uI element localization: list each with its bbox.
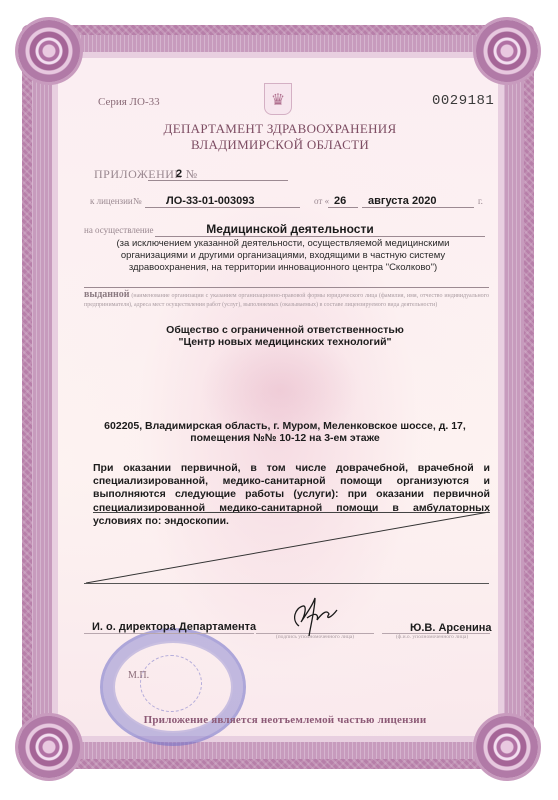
appendix-number: 2: [176, 168, 182, 180]
license-appendix-sheet: ♛ Серия ЛО-33 0029181 ДЕПАРТАМЕНТ ЗДРАВО…: [0, 0, 558, 800]
date-day: 26: [334, 195, 346, 207]
date-prefix: от «: [314, 196, 329, 206]
signatory-position: И. о. директора Департамента: [92, 621, 256, 633]
date-day-line: [328, 207, 358, 208]
address-line-2: помещения №№ 10-12 на 3-ем этаже: [100, 432, 470, 444]
cancellation-bottom-line: [84, 583, 489, 584]
activity-line: [155, 236, 485, 237]
license-number: ЛО-33-01-003093: [166, 195, 254, 207]
cancellation-z-line: [84, 509, 494, 589]
rosette-icon: [476, 716, 538, 778]
appendix-number-line: [148, 180, 288, 181]
name-caption: (ф.и.о. уполномоченного лица): [382, 634, 482, 640]
issued-to-hint: (наименование организации с указанием ор…: [84, 293, 489, 308]
rosette-icon: [18, 20, 80, 82]
activity-exclusion: (за исключением указанной деятельности, …: [88, 238, 478, 274]
issuer-line-1: ДЕПАРТАМЕНТ ЗДРАВООХРАНЕНИЯ: [110, 121, 450, 137]
signatory-name: Ю.В. Арсенина: [410, 622, 492, 634]
license-number-line: [145, 207, 300, 208]
organization-name: "Центр новых медицинских технологий": [120, 336, 450, 348]
rosette-icon: [476, 20, 538, 82]
issuer-line-2: ВЛАДИМИРСКОЙ ОБЛАСТИ: [110, 137, 450, 153]
year-suffix: г.: [478, 196, 483, 206]
coat-of-arms-icon: ♛: [264, 83, 292, 115]
license-label: к лицензии: [90, 196, 133, 206]
address-line-1: 602205, Владимирская область, г. Муром, …: [100, 420, 470, 432]
rosette-icon: [18, 716, 80, 778]
serial-number: 0029181: [432, 93, 494, 109]
handwritten-signature-icon: [285, 596, 340, 638]
organization-form: Общество с ограниченной ответственностью: [120, 324, 450, 336]
seal-place-label: М.П.: [128, 670, 149, 681]
footer-note: Приложение является неотъемлемой частью …: [140, 714, 430, 726]
date-month-line: [362, 207, 474, 208]
position-line: [84, 633, 254, 634]
license-number-sign: №: [133, 196, 142, 206]
issued-to-line: [84, 287, 489, 288]
issued-to-label: выданной: [84, 289, 130, 300]
seal-eagle-icon: [140, 655, 202, 712]
activity-value: Медицинской деятельности: [150, 222, 430, 236]
series-label: Серия ЛО-33: [98, 96, 160, 108]
date-month-year: августа 2020: [368, 195, 436, 207]
issued-to-block: выданной (наименование организации с ука…: [84, 291, 489, 309]
activity-label: на осуществление: [84, 225, 153, 235]
